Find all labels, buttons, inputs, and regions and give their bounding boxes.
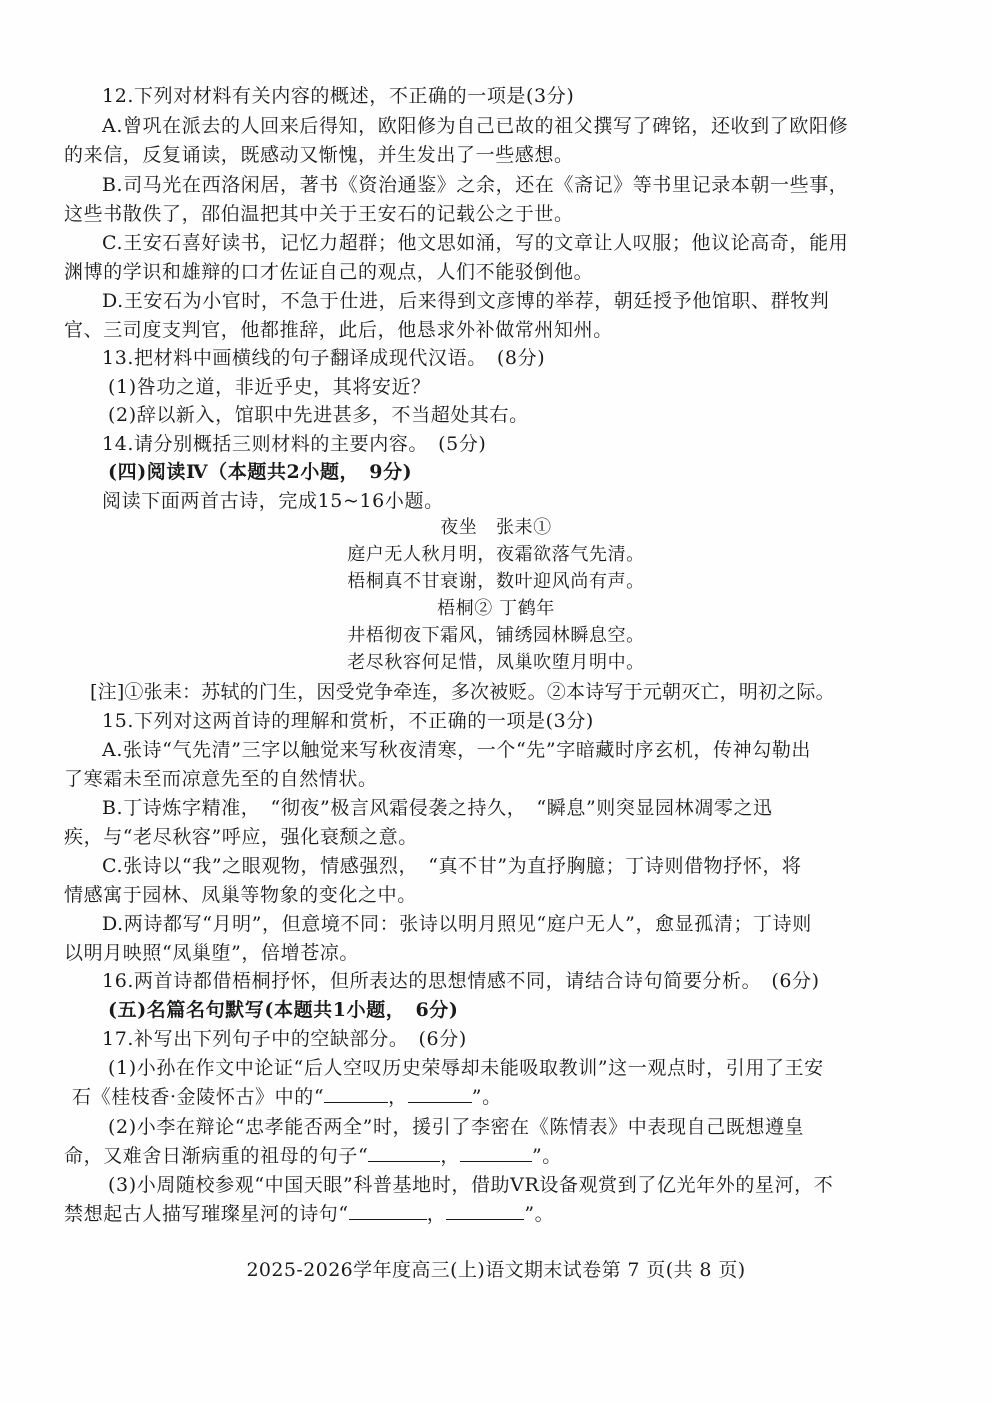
q15-option-d-line1: D.两诗都写“月明”，但意境不同：张诗以明月照见“庭户无人”，愈显孤清；丁诗则: [102, 910, 966, 938]
q12-option-d-line1: D.王安石为小官时，不急于仕进，后来得到文彦博的举荐，朝廷授予他馆职、群牧判: [102, 287, 966, 315]
q17-item-3-blank-2[interactable]: [446, 1201, 524, 1220]
q15-stem: 15.下列对这两首诗的理解和赏析，不正确的一项是(3分): [102, 707, 966, 735]
page-footer: 2025-2026学年度高三(上)语文期末试卷第 7 页(共 8 页): [0, 1256, 992, 1284]
q15-option-b-line2: 疾，与“老尽秋容”呼应，强化衰颓之意。: [64, 823, 928, 851]
q14-stem: 14.请分别概括三则材料的主要内容。 (5分): [102, 430, 966, 458]
q17-item-3-blank-1[interactable]: [349, 1201, 427, 1220]
q15-option-d-line2: 以明月映照“凤巢堕”，倍增苍凉。: [64, 939, 928, 967]
poem1-line-2: 梧桐真不甘衰谢，数叶迎风尚有声。: [0, 568, 992, 596]
section5-heading: (五)名篇名句默写(本题共1小题， 6分): [108, 996, 972, 1024]
poem2-line-1: 井梧彻夜下霜风，铺绣园林瞬息空。: [0, 622, 992, 650]
q17-item-3-sep: ，: [427, 1203, 447, 1225]
poem-note: [注]①张耒：苏轼的门生，因受党争牵连，多次被贬。②本诗写于元朝灭亡，明初之际。: [90, 678, 970, 706]
q17-item-2-suffix: ”。: [532, 1145, 562, 1167]
q17-item-1-line1: (1)小孙在作文中论证“后人空叹历史荣辱却未能吸取教训”这一观点时，引用了王安: [108, 1054, 972, 1082]
poem2-title: 梧桐② 丁鹤年: [0, 595, 992, 623]
section4-heading: (四)阅读Ⅳ（本题共2小题， 9分): [108, 458, 972, 486]
q17-item-1-sep: ，: [388, 1086, 408, 1108]
q17-item-2-line2: 命，又难舍日渐病重的祖母的句子“，”。: [64, 1142, 928, 1170]
q17-item-1-prefix: 石《桂枝香·金陵怀古》中的“: [72, 1086, 324, 1108]
q15-option-b-line1: B.丁诗炼字精准， “彻夜”极言风霜侵袭之持久， “瞬息”则突显园林凋零之迅: [102, 794, 966, 822]
q17-item-1-blank-2[interactable]: [408, 1084, 472, 1103]
q12-option-c-line1: C.王安石喜好读书，记忆力超群；他文思如涌，写的文章让人叹服；他议论高奇，能用: [102, 229, 966, 257]
q17-item-3-line2: 禁想起古人描写璀璨星河的诗句“，”。: [64, 1200, 928, 1228]
q17-item-1-suffix: ”。: [472, 1086, 502, 1108]
q17-item-3-prefix: 禁想起古人描写璀璨星河的诗句“: [64, 1203, 349, 1225]
q17-item-3-suffix: ”。: [524, 1203, 554, 1225]
q15-option-a-line2: 了寒霜未至而凉意先至的自然情状。: [64, 765, 928, 793]
q17-item-2-blank-2[interactable]: [460, 1143, 532, 1162]
q12-option-b-line1: B.司马光在西洛闲居，著书《资治通鉴》之余，还在《斋记》等书里记录本朝一些事，: [102, 171, 966, 199]
q15-option-a-line1: A.张诗“气先清”三字以触觉来写秋夜清寒，一个“先”字暗藏时序玄机，传神勾勒出: [102, 736, 966, 764]
poem1-line-1: 庭户无人秋月明，夜霜欲落气先清。: [0, 541, 992, 569]
exam-page: 12.下列对材料有关内容的概述，不正确的一项是(3分) A.曾巩在派去的人回来后…: [0, 0, 992, 1403]
q17-item-2-blank-1[interactable]: [368, 1143, 440, 1162]
q17-item-2-sep: ，: [440, 1145, 460, 1167]
q13-item-2: (2)辞以新入，馆职中先进甚多，不当超处其右。: [108, 401, 972, 429]
q17-item-2-line1: (2)小李在辩论“忠孝能否两全”时，援引了李密在《陈情表》中表现自己既想遵皇: [108, 1113, 972, 1141]
q17-item-1-line2: 石《桂枝香·金陵怀古》中的“，”。: [72, 1083, 936, 1111]
poem1-title: 夜坐 张耒①: [0, 514, 992, 542]
q15-option-c-line1: C.张诗以“我”之眼观物，情感强烈， “真不甘”为直抒胸臆；丁诗则借物抒怀，将: [102, 852, 966, 880]
q12-option-d-line2: 官、三司度支判官，他都推辞，此后，他恳求外补做常州知州。: [64, 316, 928, 344]
section4-instruction: 阅读下面两首古诗，完成15~16小题。: [102, 487, 966, 515]
poem2-line-2: 老尽秋容何足惜，凤巢吹堕月明中。: [0, 649, 992, 677]
q12-stem: 12.下列对材料有关内容的概述，不正确的一项是(3分): [102, 82, 966, 110]
q17-item-2-prefix: 命，又难舍日渐病重的祖母的句子“: [64, 1145, 368, 1167]
q16-stem: 16.两首诗都借梧桐抒怀，但所表达的思想情感不同，请结合诗句简要分析。 (6分): [102, 967, 966, 995]
q12-option-b-line2: 这些书散佚了，邵伯温把其中关于王安石的记载公之于世。: [64, 200, 928, 228]
q13-stem: 13.把材料中画横线的句子翻译成现代汉语。 (8分): [102, 344, 966, 372]
q13-item-1: (1)咎功之道，非近乎史，其将安近？: [108, 373, 972, 401]
q17-item-3-line1: (3)小周随校参观“中国天眼”科普基地时，借助VR设备观赏到了亿光年外的星河，不: [108, 1171, 972, 1199]
q12-option-a-line2: 的来信，反复诵读，既感动又惭愧，并生发出了一些感想。: [64, 141, 928, 169]
q12-option-a-line1: A.曾巩在派去的人回来后得知，欧阳修为自己已故的祖父撰写了碑铭，还收到了欧阳修: [102, 112, 966, 140]
q17-item-1-blank-1[interactable]: [324, 1084, 388, 1103]
q15-option-c-line2: 情感寓于园林、凤巢等物象的变化之中。: [64, 881, 928, 909]
q12-option-c-line2: 渊博的学识和雄辩的口才佐证自己的观点，人们不能驳倒他。: [64, 258, 928, 286]
q17-stem: 17.补写出下列句子中的空缺部分。 (6分): [102, 1025, 966, 1053]
